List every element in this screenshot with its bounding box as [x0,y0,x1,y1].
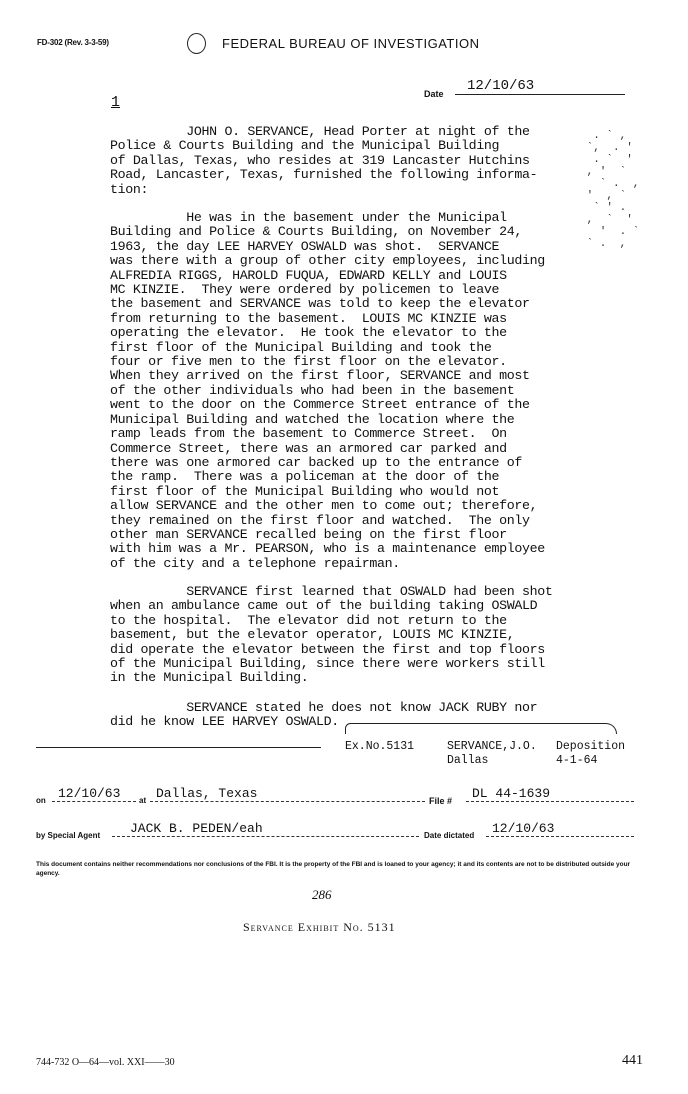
paragraph-intro: JOHN O. SERVANCE, Head Porter at night o… [110,125,630,197]
form-number: FD-302 (Rev. 3-3-59) [37,38,109,47]
stamp-bracket [345,723,617,734]
agency-title: FEDERAL BUREAU OF INVESTIGATION [222,36,479,51]
paragraph-ambulance: SERVANCE first learned that OSWALD had b… [110,585,630,686]
exhibit-caption: Servance Exhibit No. 5131 [243,920,396,935]
stamp-rule [36,747,321,748]
agent-value: JACK B. PEDEN/eah [112,821,419,837]
exhibit-date: 4-1-64 [556,754,597,768]
exhibit-city: Dallas [447,754,488,768]
on-label: on [36,796,46,805]
date-dictated-value: 12/10/63 [486,821,634,837]
page-number-top: 1 [111,94,120,111]
disclaimer: This document contains neither recommend… [36,860,636,878]
file-value: DL 44-1639 [466,786,634,802]
exhibit-name: SERVANCE,J.O. [447,740,537,754]
date-label: Date [424,89,444,99]
date-value: 12/10/63 [455,78,625,95]
fbi-seal-icon [187,33,206,54]
at-value: Dallas, Texas [150,786,425,802]
file-label: File # [429,796,452,806]
paragraph-basement: He was in the basement under the Municip… [110,211,630,571]
margin-annotation-marks: . ` , `, . ' . ` ' , ' ` ` . , ' , ` ` '… [580,130,660,400]
at-label: at [139,796,146,805]
on-value: 12/10/63 [52,786,136,802]
exhibit-type: Deposition [556,740,625,754]
agent-label: by Special Agent [36,831,100,840]
handwritten-number: 286 [312,887,332,903]
print-line: 744-732 O—64—vol. XXI——30 [36,1057,175,1068]
page-number: 441 [622,1053,643,1069]
exhibit-number: Ex.No.5131 [345,740,414,754]
date-dictated-label: Date dictated [424,831,474,840]
